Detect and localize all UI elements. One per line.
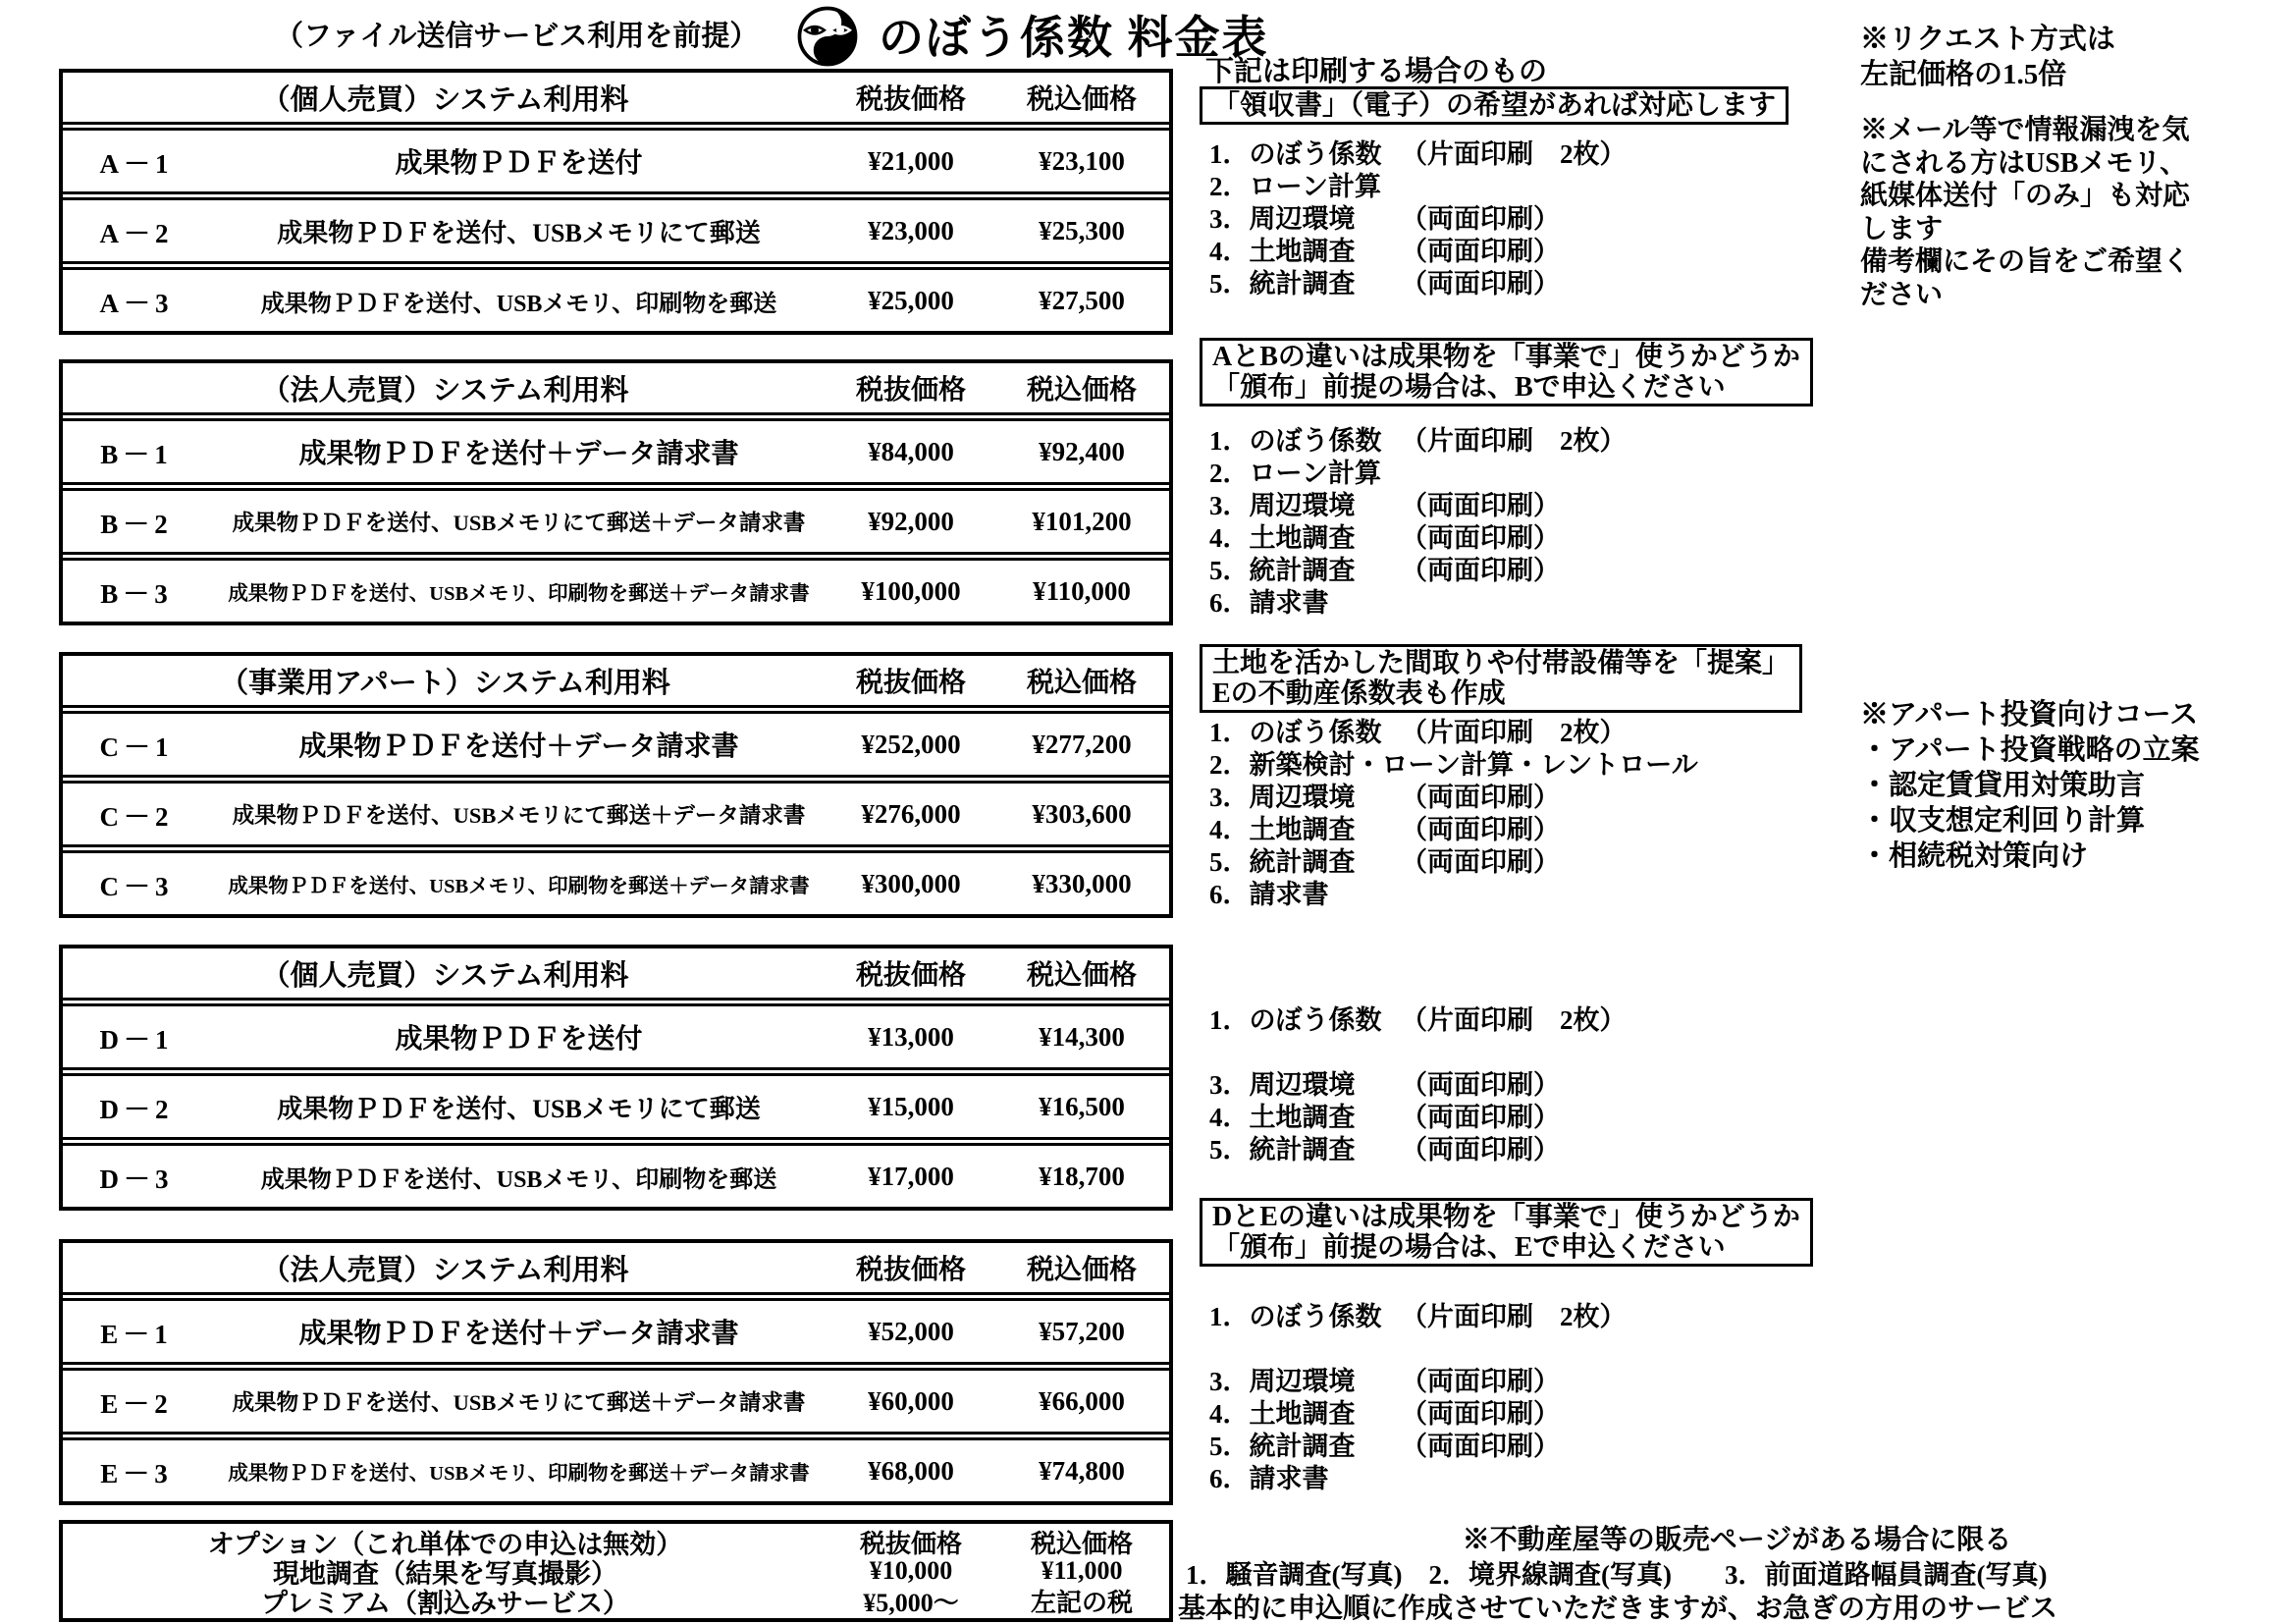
apartment-course-note: ※アパート投資向けコース ・アパート投資戦略の立案 ・認定賃貸用対策助言 ・収支…: [1860, 697, 2200, 874]
list-item-label: 6．請求書: [1209, 873, 1401, 911]
row-description: 成果物ＰＤＦを送付、USBメモリ、印刷物を郵送＋データ請求書: [210, 869, 828, 898]
list-item: 1．のぼう係数（片面印刷 2枚）: [1209, 422, 1627, 455]
table-row: E－3 成果物ＰＤＦを送付、USBメモリ、印刷物を郵送＋データ請求書 ¥68,0…: [63, 1432, 1169, 1501]
price-tax-included: ¥74,800: [994, 1456, 1169, 1487]
table-header-row: （個人売買）システム利用料 税抜価格 税込価格: [63, 948, 1169, 998]
row-code: D－1: [63, 1018, 210, 1056]
list-item: 5．統計調査（両面印刷）: [1209, 265, 1627, 298]
row-description: 成果物ＰＤＦを送付: [210, 1017, 828, 1056]
col-header-tax-excluded: 税抜価格: [828, 1248, 994, 1287]
table-row: B－2 成果物ＰＤＦを送付、USBメモリにて郵送＋データ請求書 ¥92,000 …: [63, 482, 1169, 552]
list-item-note: （片面印刷 2枚）: [1401, 133, 1627, 171]
row-code: D－2: [63, 1088, 210, 1126]
row-code: C－1: [63, 726, 210, 764]
list-item: 6．請求書: [1209, 876, 1698, 908]
table-row: C－3 成果物ＰＤＦを送付、USBメモリ、印刷物を郵送＋データ請求書 ¥300,…: [63, 844, 1169, 914]
table-title: （事業用アパート）システム利用料: [63, 661, 828, 701]
list-item: 4．土地調査（両面印刷）: [1209, 811, 1698, 843]
table-header-row: （法人売買）システム利用料 税抜価格 税込価格: [63, 363, 1169, 412]
col-header-tax-excluded: 税抜価格: [828, 953, 994, 993]
price-tax-included: ¥277,200: [994, 730, 1169, 760]
list-item: 5．統計調査（両面印刷）: [1209, 1131, 1627, 1164]
col-header-tax-excluded: 税抜価格: [828, 1524, 994, 1560]
price-tax-included: ¥303,600: [994, 799, 1169, 830]
list-item: 6．請求書: [1209, 1460, 1627, 1492]
price-tax-excluded: ¥68,000: [828, 1456, 994, 1487]
list-item-label: 5．統計調査: [1209, 262, 1401, 300]
price-tax-excluded: ¥60,000: [828, 1386, 994, 1417]
col-header-tax-included: 税込価格: [994, 661, 1169, 700]
col-header-tax-included: 税込価格: [994, 953, 1169, 993]
list-item-note: （片面印刷 2枚）: [1401, 1295, 1627, 1333]
de-difference-note-box: DとEの違いは成果物を「事業で」使うかどうか 「頒布」前提の場合は、Eで申込くだ…: [1200, 1198, 1813, 1267]
list-item: 1．のぼう係数（片面印刷 2枚）: [1209, 1298, 1627, 1330]
row-code: D－3: [63, 1158, 210, 1196]
print-list-b: 1．のぼう係数（片面印刷 2枚） 2．ローン計算 3．周辺環境（両面印刷） 4．…: [1209, 422, 1627, 617]
price-tax-excluded: ¥21,000: [828, 146, 994, 177]
list-item-label: 6．請求書: [1209, 581, 1401, 620]
row-code: A－2: [63, 212, 210, 250]
table-row: E－1 成果物ＰＤＦを送付＋データ請求書 ¥52,000 ¥57,200: [63, 1292, 1169, 1362]
row-description: 成果物ＰＤＦを送付、USBメモリにて郵送＋データ請求書: [210, 506, 828, 537]
price-tax-excluded: ¥100,000: [828, 576, 994, 607]
price-tax-excluded: ¥52,000: [828, 1317, 994, 1347]
row-code: C－2: [63, 795, 210, 834]
row-description: 成果物ＰＤＦを送付＋データ請求書: [210, 725, 828, 764]
price-tax-excluded: ¥23,000: [828, 216, 994, 246]
order-priority-note: 基本的に申込順に作成させていただきますが、お急ぎの方用のサービス: [1178, 1587, 2057, 1624]
price-tax-excluded: ¥5,000～: [828, 1583, 994, 1619]
price-tax-included: ¥18,700: [994, 1162, 1169, 1192]
table-row: D－3 成果物ＰＤＦを送付、USBメモリ、印刷物を郵送 ¥17,000 ¥18,…: [63, 1137, 1169, 1207]
row-description: 成果物ＰＤＦを送付、USBメモリ、印刷物を郵送＋データ請求書: [210, 1456, 828, 1486]
col-header-tax-excluded: 税抜価格: [828, 78, 994, 117]
row-description: 成果物ＰＤＦを送付、USBメモリにて郵送: [210, 213, 828, 249]
price-table-c: （事業用アパート）システム利用料 税抜価格 税込価格 C－1 成果物ＰＤＦを送付…: [59, 652, 1173, 918]
list-item: 4．土地調査（両面印刷）: [1209, 519, 1627, 552]
list-item: 2．新築検討・ローン計算・レントロール: [1209, 746, 1698, 779]
options-row: プレミアム（割込みサービス） ¥5,000～ 左記の税: [63, 1586, 1169, 1615]
row-code: E－2: [63, 1382, 210, 1421]
row-code: A－3: [63, 282, 210, 320]
list-item: 2．ローン計算: [1209, 168, 1627, 200]
print-list-d: 1．のぼう係数（片面印刷 2枚） 3．周辺環境（両面印刷） 4．土地調査（両面印…: [1209, 1001, 1627, 1164]
col-header-tax-excluded: 税抜価格: [828, 661, 994, 700]
table-title: （個人売買）システム利用料: [63, 78, 828, 118]
list-item: 6．請求書: [1209, 584, 1627, 617]
list-item: 3．周辺環境（両面印刷）: [1209, 1363, 1627, 1395]
price-tax-excluded: ¥25,000: [828, 286, 994, 316]
list-item: 3．周辺環境（両面印刷）: [1209, 1066, 1627, 1099]
list-item: 5．統計調査（両面印刷）: [1209, 552, 1627, 584]
price-tax-included: 左記の税: [994, 1583, 1169, 1619]
price-tax-excluded: ¥276,000: [828, 799, 994, 830]
list-item-label: 1．のぼう係数: [1209, 1295, 1401, 1333]
note-line: AとBの違いは成果物を「事業で」使うかどうか: [1212, 342, 1800, 372]
yin-yang-eyes-logo-icon: [797, 6, 858, 67]
options-table: オプション（これ単体での申込は無効） 税抜価格 税込価格 現地調査（結果を写真撮…: [59, 1520, 1173, 1622]
row-code: B－3: [63, 572, 210, 611]
table-row: B－1 成果物ＰＤＦを送付＋データ請求書 ¥84,000 ¥92,400: [63, 412, 1169, 482]
table-title: （法人売買）システム利用料: [63, 368, 828, 408]
list-item-label: 5．統計調査: [1209, 1128, 1401, 1166]
price-tax-included: ¥92,400: [994, 437, 1169, 467]
option-label: プレミアム（割込みサービス）: [63, 1582, 828, 1620]
sheet-subtitle: （ファイル送信サービス利用を前提）: [275, 14, 758, 54]
price-tax-included: ¥27,500: [994, 286, 1169, 316]
receipt-note-text: 「領収書」（電子）の希望があれば対応します: [1212, 90, 1776, 121]
price-table-d: （個人売買）システム利用料 税抜価格 税込価格 D－1 成果物ＰＤＦを送付 ¥1…: [59, 945, 1173, 1211]
price-table-a: （個人売買）システム利用料 税抜価格 税込価格 A－1 成果物ＰＤＦを送付 ¥2…: [59, 69, 1173, 335]
list-item: 5．統計調査（両面印刷）: [1209, 843, 1698, 876]
table-header-row: （事業用アパート）システム利用料 税抜価格 税込価格: [63, 656, 1169, 705]
price-tax-included: ¥57,200: [994, 1317, 1169, 1347]
table-row: B－3 成果物ＰＤＦを送付、USBメモリ、印刷物を郵送＋データ請求書 ¥100,…: [63, 552, 1169, 622]
table-row: A－1 成果物ＰＤＦを送付 ¥21,000 ¥23,100: [63, 122, 1169, 191]
price-tax-excluded: ¥17,000: [828, 1162, 994, 1192]
list-item-label: 1．のぼう係数: [1209, 999, 1401, 1037]
list-item-note: （両面印刷）: [1401, 1425, 1560, 1463]
row-description: 成果物ＰＤＦを送付、USBメモリ、印刷物を郵送: [210, 284, 828, 318]
price-table-e: （法人売買）システム利用料 税抜価格 税込価格 E－1 成果物ＰＤＦを送付＋デー…: [59, 1239, 1173, 1505]
note-line: Eの不動産係数表も作成: [1212, 678, 1789, 709]
list-item: 1．のぼう係数（片面印刷 2枚）: [1209, 135, 1627, 168]
price-sheet-document: （ファイル送信サービス利用を前提） のぼう係数 料金表 （個人売買）システム利用…: [0, 0, 2296, 1624]
col-header-tax-excluded: 税抜価格: [828, 368, 994, 407]
row-description: 成果物ＰＤＦを送付、USBメモリにて郵送＋データ請求書: [210, 1385, 828, 1417]
table-row: E－2 成果物ＰＤＦを送付、USBメモリにて郵送＋データ請求書 ¥60,000 …: [63, 1362, 1169, 1432]
list-item: 3．周辺環境（両面印刷）: [1209, 200, 1627, 233]
col-header-tax-included: 税込価格: [994, 368, 1169, 407]
table-row: C－2 成果物ＰＤＦを送付、USBメモリにて郵送＋データ請求書 ¥276,000…: [63, 775, 1169, 844]
row-code: B－2: [63, 503, 210, 541]
price-tax-excluded: ¥10,000: [828, 1556, 994, 1586]
col-header-tax-included: 税込価格: [994, 1248, 1169, 1287]
table-title: （法人売買）システム利用料: [63, 1248, 828, 1288]
table-row: C－1 成果物ＰＤＦを送付＋データ請求書 ¥252,000 ¥277,200: [63, 705, 1169, 775]
note-line: DとEの違いは成果物を「事業で」使うかどうか: [1212, 1202, 1800, 1232]
row-description: 成果物ＰＤＦを送付、USBメモリにて郵送＋データ請求書: [210, 798, 828, 830]
price-tax-included: ¥14,300: [994, 1022, 1169, 1053]
table-header-row: （個人売買）システム利用料 税抜価格 税込価格: [63, 73, 1169, 122]
proposal-note-box: 土地を活かした間取りや付帯設備等を「提案」 Eの不動産係数表も作成: [1200, 644, 1802, 713]
row-description: 成果物ＰＤＦを送付: [210, 141, 828, 181]
row-code: B－1: [63, 433, 210, 471]
list-item: [1209, 1034, 1627, 1066]
price-tax-excluded: ¥252,000: [828, 730, 994, 760]
price-tax-included: ¥66,000: [994, 1386, 1169, 1417]
list-item-note: （両面印刷）: [1401, 1128, 1560, 1166]
print-list-a: 1．のぼう係数（片面印刷 2枚） 2．ローン計算 3．周辺環境（両面印刷） 4．…: [1209, 135, 1627, 298]
list-item-note: （両面印刷）: [1401, 262, 1560, 300]
list-item: 1．のぼう係数（片面印刷 2枚）: [1209, 714, 1698, 746]
price-tax-excluded: ¥300,000: [828, 869, 994, 899]
price-tax-excluded: ¥13,000: [828, 1022, 994, 1053]
row-code: A－1: [63, 142, 210, 181]
price-tax-included: ¥330,000: [994, 869, 1169, 899]
print-intro-note: 下記は印刷する場合のもの: [1205, 49, 1547, 89]
table-row: D－2 成果物ＰＤＦを送付、USBメモリにて郵送 ¥15,000 ¥16,500: [63, 1067, 1169, 1137]
print-list-e: 1．のぼう係数（片面印刷 2枚） 3．周辺環境（両面印刷） 4．土地調査（両面印…: [1209, 1298, 1627, 1492]
price-tax-included: ¥110,000: [994, 576, 1169, 607]
list-item-label: 6．請求書: [1209, 1457, 1401, 1495]
price-tax-excluded: ¥15,000: [828, 1092, 994, 1122]
row-description: 成果物ＰＤＦを送付、USBメモリ、印刷物を郵送＋データ請求書: [210, 576, 828, 606]
price-tax-included: ¥16,500: [994, 1092, 1169, 1122]
list-item: 2．ローン計算: [1209, 455, 1627, 487]
row-code: E－1: [63, 1313, 210, 1351]
price-tax-included: ¥101,200: [994, 507, 1169, 537]
list-item-note: （両面印刷）: [1401, 840, 1560, 879]
row-description: 成果物ＰＤＦを送付、USBメモリにて郵送: [210, 1089, 828, 1125]
table-row: D－1 成果物ＰＤＦを送付 ¥13,000 ¥14,300: [63, 998, 1169, 1067]
table-row: A－3 成果物ＰＤＦを送付、USBメモリ、印刷物を郵送 ¥25,000 ¥27,…: [63, 261, 1169, 331]
note-line: 土地を活かした間取りや付帯設備等を「提案」: [1212, 648, 1789, 678]
print-list-c: 1．のぼう係数（片面印刷 2枚） 2．新築検討・ローン計算・レントロール 3．周…: [1209, 714, 1698, 908]
list-item: 3．周辺環境（両面印刷）: [1209, 779, 1698, 811]
list-item: 5．統計調査（両面印刷）: [1209, 1428, 1627, 1460]
list-item: 4．土地調査（両面印刷）: [1209, 233, 1627, 265]
row-description: 成果物ＰＤＦを送付、USBメモリ、印刷物を郵送: [210, 1160, 828, 1194]
list-item-note: （両面印刷）: [1401, 549, 1560, 587]
list-item-note: （片面印刷 2枚）: [1401, 419, 1627, 458]
price-tax-included: ¥11,000: [994, 1556, 1169, 1586]
col-header-tax-included: 税込価格: [994, 78, 1169, 117]
price-tax-excluded: ¥92,000: [828, 507, 994, 537]
realtor-page-note: ※不動産屋等の販売ページがある場合に限る: [1178, 1518, 2296, 1557]
price-tax-included: ¥23,100: [994, 146, 1169, 177]
table-row: A－2 成果物ＰＤＦを送付、USBメモリにて郵送 ¥23,000 ¥25,300: [63, 191, 1169, 261]
list-item: 4．土地調査（両面印刷）: [1209, 1099, 1627, 1131]
list-item-note: （片面印刷 2枚）: [1401, 999, 1627, 1037]
list-item: 1．のぼう係数（片面印刷 2枚）: [1209, 1001, 1627, 1034]
request-method-note: ※リクエスト方式は 左記価格の1.5倍: [1860, 22, 2115, 92]
row-code: C－3: [63, 865, 210, 903]
note-line: 「頒布」前提の場合は、Bで申込ください: [1212, 372, 1800, 403]
note-line: 「頒布」前提の場合は、Eで申込ください: [1212, 1232, 1800, 1263]
row-description: 成果物ＰＤＦを送付＋データ請求書: [210, 432, 828, 471]
list-item: [1209, 1330, 1627, 1363]
ab-difference-note-box: AとBの違いは成果物を「事業で」使うかどうか 「頒布」前提の場合は、Bで申込くだ…: [1200, 338, 1813, 406]
col-header-tax-included: 税込価格: [994, 1524, 1169, 1560]
price-tax-excluded: ¥84,000: [828, 437, 994, 467]
list-item: 3．周辺環境（両面印刷）: [1209, 487, 1627, 519]
list-item: 4．土地調査（両面印刷）: [1209, 1395, 1627, 1428]
price-table-b: （法人売買）システム利用料 税抜価格 税込価格 B－1 成果物ＰＤＦを送付＋デー…: [59, 359, 1173, 625]
mail-security-note: ※メール等で情報漏洩を気 にされる方はUSBメモリ、 紙媒体送付「のみ」も対応 …: [1860, 114, 2190, 311]
table-header-row: （法人売買）システム利用料 税抜価格 税込価格: [63, 1243, 1169, 1292]
row-code: E－3: [63, 1452, 210, 1490]
row-description: 成果物ＰＤＦを送付＋データ請求書: [210, 1312, 828, 1351]
price-tax-included: ¥25,300: [994, 216, 1169, 246]
table-title: （個人売買）システム利用料: [63, 953, 828, 994]
receipt-note-box: 「領収書」（電子）の希望があれば対応します: [1200, 86, 1789, 125]
